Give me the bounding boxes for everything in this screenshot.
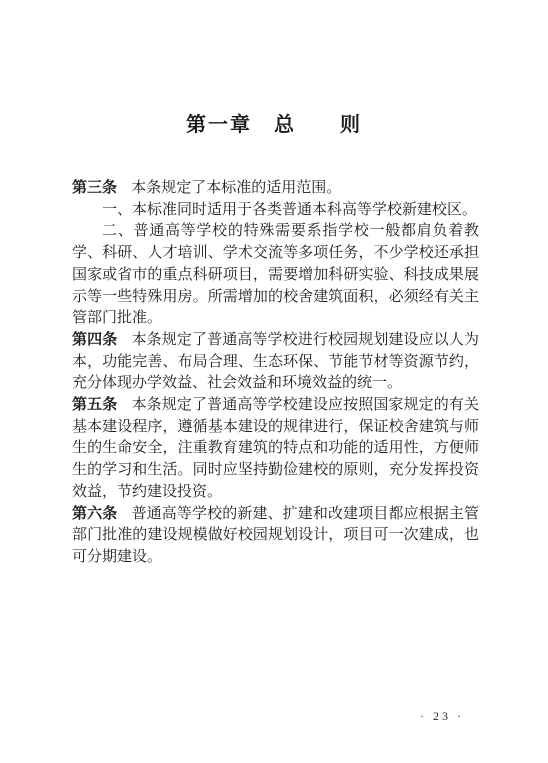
article-6: 第六条普通高等学校的新建、扩建和改建项目都应根据主管部门批准的建设规模做好校园规… bbox=[72, 504, 479, 569]
article-5-text: 本条规定了普通高等学校建设应按照国家规定的有关基本建设程序，遵循基本建设的规律进… bbox=[72, 397, 479, 500]
article-3-subitem-2: 二、普通高等学校的特殊需要系指学校一般都肩负着教学、科研、人才培训、学术交流等多… bbox=[72, 221, 479, 330]
article-3-text: 本条规定了本标准的适用范围。 bbox=[131, 180, 341, 196]
article-3: 第三条本条规定了本标准的适用范围。 bbox=[72, 178, 479, 200]
article-4-text: 本条规定了普通高等学校进行校园规划建设应以人为本，功能完善、布局合理、生态环保、… bbox=[72, 332, 479, 391]
article-4: 第四条本条规定了普通高等学校进行校园规划建设应以人为本，功能完善、布局合理、生态… bbox=[72, 330, 479, 395]
document-page: 第一章 总 则 第三条本条规定了本标准的适用范围。 一、本标准同时适用于各类普通… bbox=[0, 0, 548, 763]
article-5-label: 第五条 bbox=[72, 397, 117, 413]
document-body: 第三条本条规定了本标准的适用范围。 一、本标准同时适用于各类普通本科高等学校新建… bbox=[72, 178, 479, 569]
article-6-label: 第六条 bbox=[72, 506, 117, 522]
article-6-text: 普通高等学校的新建、扩建和改建项目都应根据主管部门批准的建设规模做好校园规划设计… bbox=[72, 506, 479, 565]
article-4-label: 第四条 bbox=[72, 332, 117, 348]
article-3-label: 第三条 bbox=[72, 180, 117, 196]
chapter-title: 第一章 总 则 bbox=[0, 108, 548, 137]
article-3-subitem-1: 一、本标准同时适用于各类普通本科高等学校新建校区。 bbox=[72, 200, 479, 222]
page-number: · 23 · bbox=[420, 709, 464, 724]
article-5: 第五条本条规定了普通高等学校建设应按照国家规定的有关基本建设程序，遵循基本建设的… bbox=[72, 395, 479, 504]
